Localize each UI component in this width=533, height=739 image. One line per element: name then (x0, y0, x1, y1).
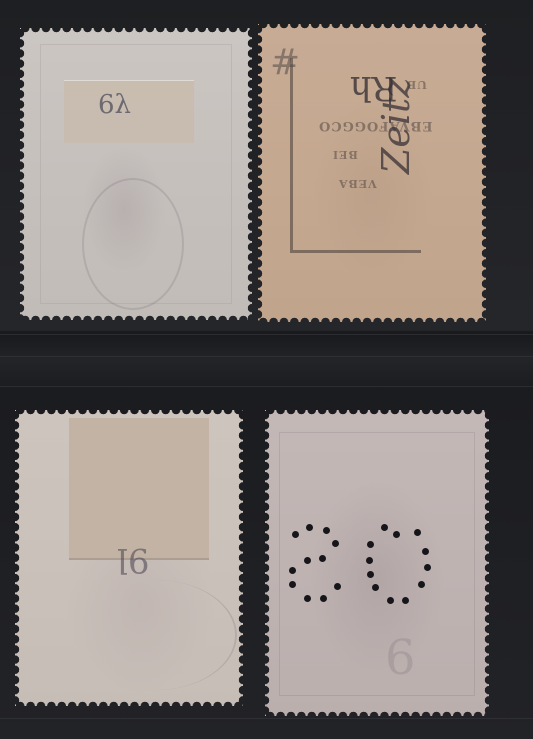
postmark (82, 178, 184, 310)
perfin-hole (402, 597, 409, 604)
perfin-hole (304, 557, 311, 564)
perfin-hole (387, 597, 394, 604)
mount-strip-edge (0, 386, 533, 387)
reversed-text: BEI (332, 148, 358, 161)
mount-strip-edge (0, 334, 533, 335)
perfin-hole (334, 583, 341, 590)
reversed-text: VEBA (338, 177, 377, 190)
stamp-top-left: 6λ (20, 28, 252, 320)
stamp-top-right: UB EBVAFOGGCO BEI VEBA # Rh Zeitz (258, 24, 486, 322)
design-frame-show-through (279, 432, 475, 696)
perfin-hole (367, 541, 374, 548)
perfin-hole (306, 524, 313, 531)
perfin-hole (289, 567, 296, 574)
pencil-signature: Zeitz (374, 78, 418, 174)
pencil-notation: 9l (117, 540, 150, 580)
perfin-hole (289, 581, 296, 588)
pencil-hash-mark: # (270, 42, 300, 83)
stamp-bottom-left: 9l (15, 410, 243, 706)
perfin-hole (424, 564, 431, 571)
perfin-hole (323, 527, 330, 534)
perfin-hole (292, 531, 299, 538)
perfin-hole (422, 548, 429, 555)
perfin-hole (367, 571, 374, 578)
pencil-notation: 6λ (98, 90, 131, 120)
perfin-hole (393, 531, 400, 538)
perfin-hole (320, 595, 327, 602)
perfin-hole (414, 529, 421, 536)
postmark (75, 580, 237, 690)
perfin-hole (418, 581, 425, 588)
value-numeral-show-through: 6 (385, 630, 416, 686)
stamp-bottom-right: 6 (265, 410, 489, 716)
mount-strip-edge (0, 356, 533, 357)
perfin-hole (332, 540, 339, 547)
perfin-hole (319, 555, 326, 562)
mount-strip-edge (0, 718, 533, 719)
perfin-hole (366, 557, 373, 564)
perfin-hole (381, 524, 388, 531)
perfin-hole (372, 584, 379, 591)
hinge-remnant (69, 418, 209, 560)
perfin-hole (304, 595, 311, 602)
